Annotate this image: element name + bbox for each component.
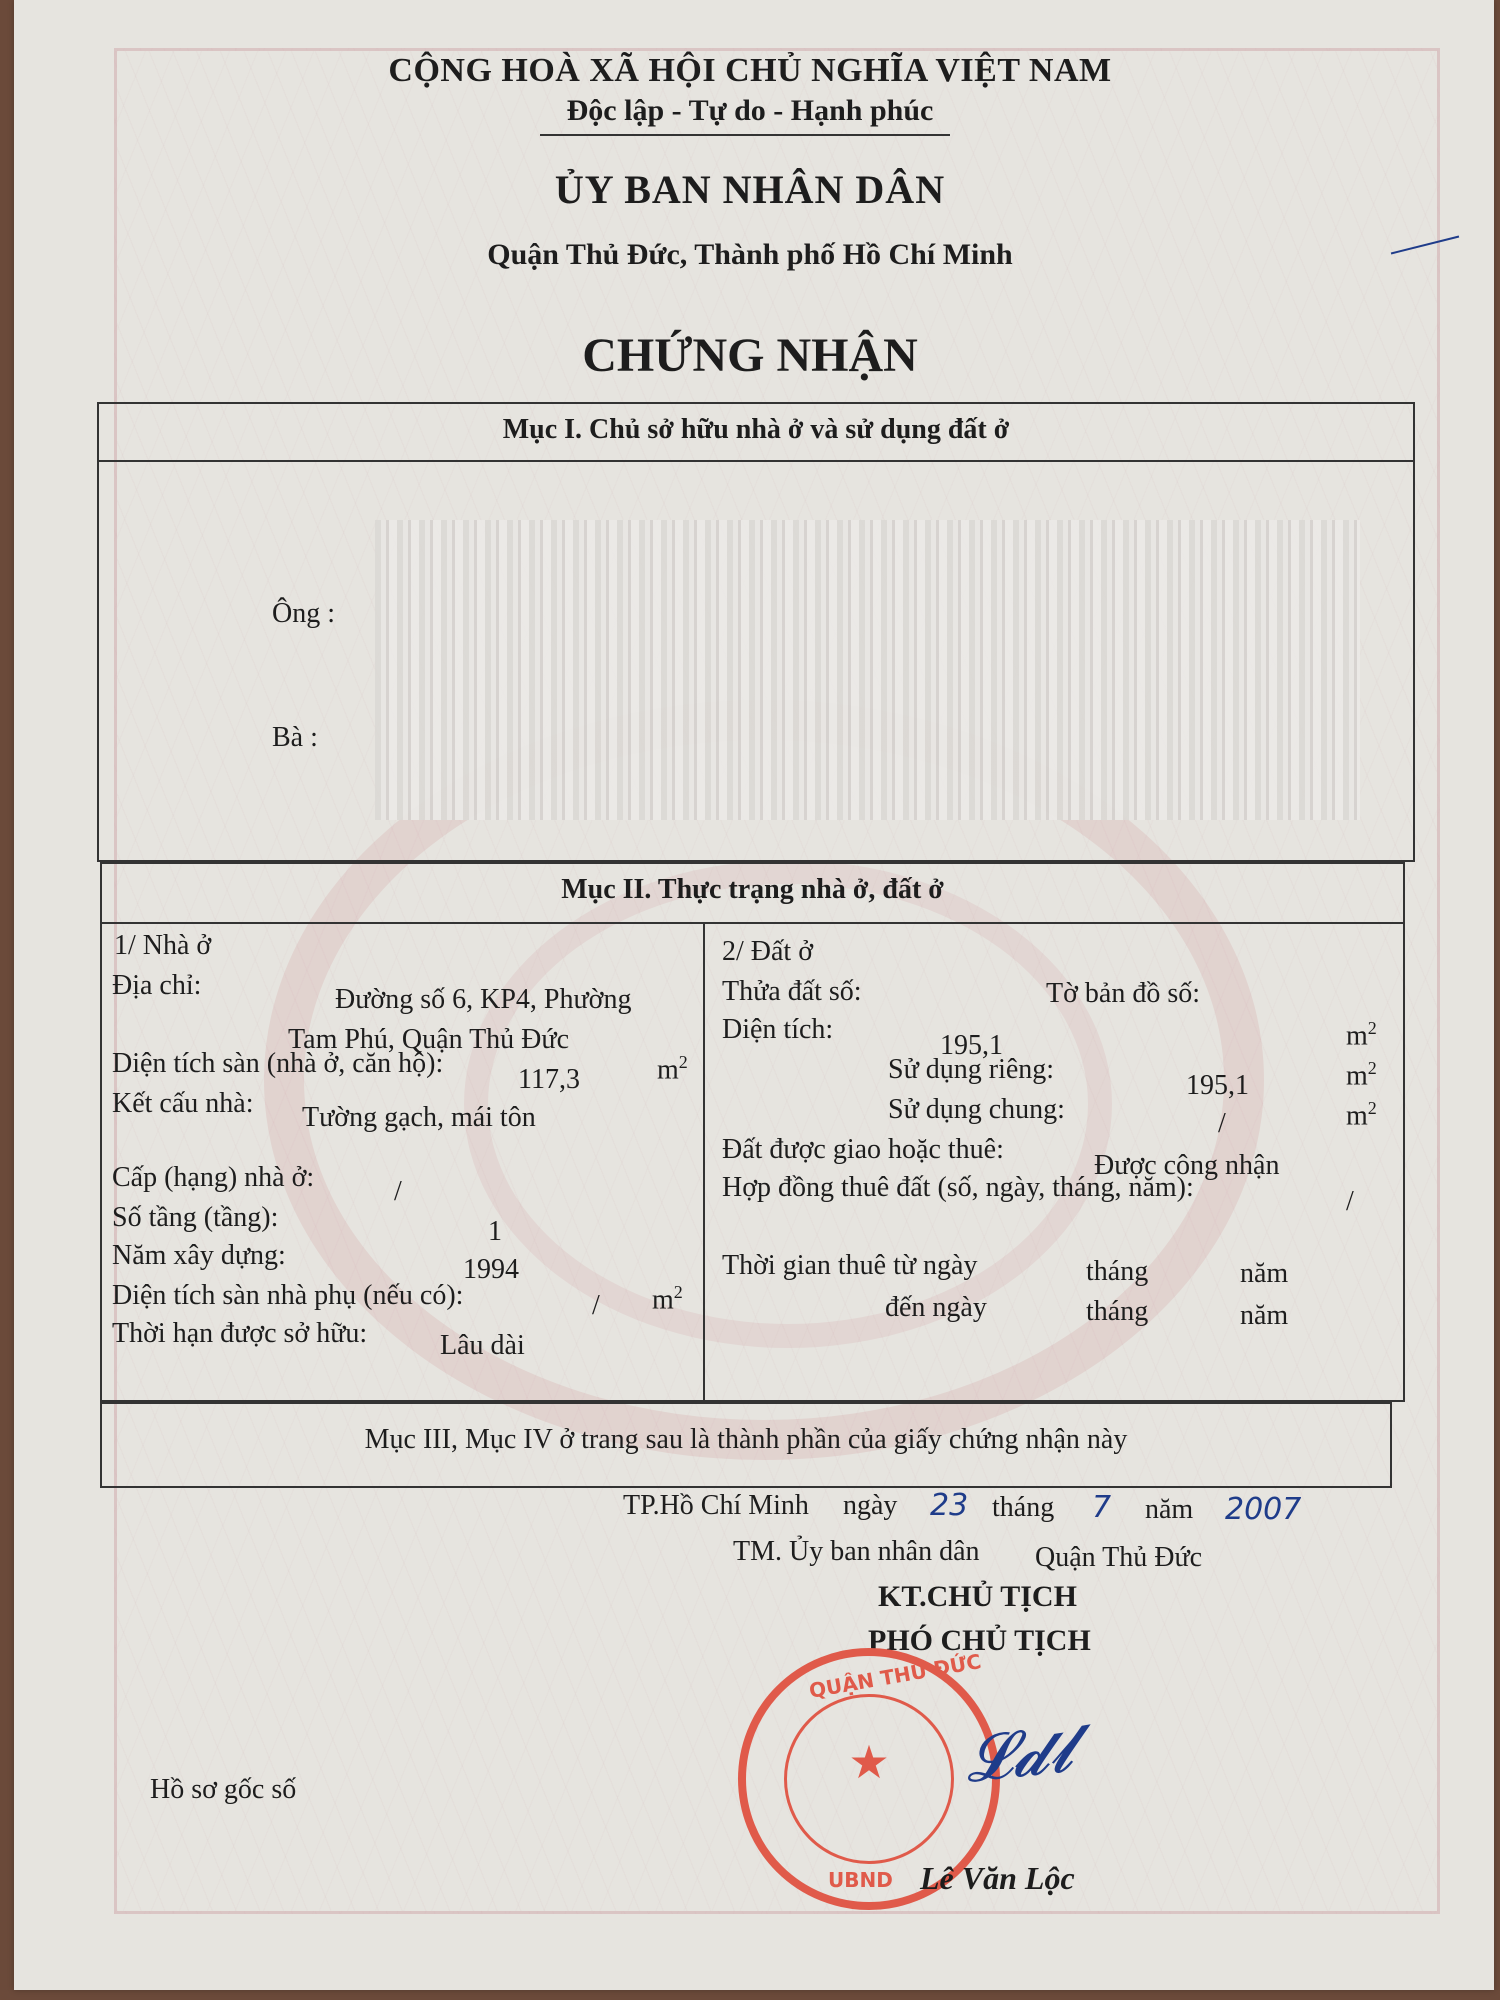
signer-role-1: KT.CHỦ TỊCH: [878, 1580, 1077, 1614]
map-sheet-label: Tờ bản đồ số:: [1046, 978, 1200, 1010]
structure-value: Tường gạch, mái tôn: [302, 1102, 536, 1134]
motto-underline: [540, 134, 950, 136]
lease-from-year-label: năm: [1240, 1258, 1288, 1290]
day-label: ngày: [843, 1490, 897, 1522]
signer-name: Lê Văn Lộc: [920, 1860, 1075, 1897]
owner-female-label: Bà :: [272, 722, 318, 754]
shared-use-unit: m2: [1346, 1098, 1377, 1132]
lease-to-month-label: tháng: [1086, 1296, 1148, 1328]
year-built-value: 1994: [463, 1254, 519, 1286]
private-use-label: Sử dụng riêng:: [888, 1054, 1054, 1086]
floor-area-value: 117,3: [518, 1064, 580, 1096]
issuing-location: Quận Thủ Đức, Thành phố Hồ Chí Minh: [0, 238, 1500, 272]
section1-title: Mục I. Chủ sở hữu nhà ở và sử dụng đất ở: [97, 414, 1415, 446]
grade-label: Cấp (hạng) nhà ở:: [112, 1162, 314, 1194]
ownership-term-value: Lâu dài: [440, 1330, 525, 1362]
aux-area-unit: m2: [652, 1282, 683, 1316]
signing-year: 2007: [1225, 1492, 1301, 1527]
issuing-organization: ỦY BAN NHÂN DÂN: [0, 166, 1500, 213]
year-label: năm: [1145, 1494, 1193, 1526]
land-area-label: Diện tích:: [722, 1014, 833, 1046]
private-use-value: 195,1: [1186, 1070, 1249, 1102]
month-label: tháng: [992, 1492, 1054, 1524]
archive-number-label: Hồ sơ gốc số: [150, 1774, 296, 1806]
owner-male-label: Ông :: [272, 598, 335, 630]
aux-area-value: /: [592, 1290, 600, 1322]
shared-use-label: Sử dụng chung:: [888, 1094, 1065, 1126]
lease-contract-label: Hợp đồng thuê đất (số, ngày, tháng, năm)…: [722, 1172, 1194, 1204]
section1-divider: [97, 460, 1415, 462]
grade-value: /: [394, 1176, 402, 1208]
parcel-label: Thửa đất số:: [722, 976, 862, 1008]
lease-to-label: đến ngày: [885, 1292, 987, 1324]
stamp-emblem: ★: [784, 1694, 954, 1864]
lease-to-year-label: năm: [1240, 1300, 1288, 1332]
handwritten-signature: 𝓛𝓭𝓵: [961, 1713, 1076, 1798]
section2-divider: [100, 922, 1405, 924]
floor-area-label: Diện tích sàn (nhà ở, căn hộ):: [112, 1048, 443, 1080]
lease-contract-value: /: [1346, 1186, 1354, 1218]
district-name: Quận Thủ Đức: [1035, 1542, 1202, 1574]
signing-place: TP.Hồ Chí Minh: [623, 1490, 809, 1522]
star-icon: ★: [787, 1735, 951, 1789]
land-heading: 2/ Đất ở: [722, 936, 813, 968]
house-heading: 1/ Nhà ở: [114, 930, 211, 962]
address-line1: Đường số 6, KP4, Phường: [335, 984, 631, 1016]
document-title: CHỨNG NHẬN: [0, 328, 1500, 383]
allocation-label: Đất được giao hoặc thuê:: [722, 1134, 1004, 1166]
lease-from-month-label: tháng: [1086, 1256, 1148, 1288]
aux-area-label: Diện tích sàn nhà phụ (nếu có):: [112, 1280, 463, 1312]
shared-use-value: /: [1218, 1108, 1226, 1140]
stamp-bottom-text: UBND: [828, 1868, 893, 1892]
lease-from-label: Thời gian thuê từ ngày: [722, 1250, 978, 1282]
floors-value: 1: [488, 1216, 502, 1248]
private-use-unit: m2: [1346, 1058, 1377, 1092]
redacted-owner-names: [375, 520, 1360, 820]
section2-title: Mục II. Thực trạng nhà ở, đất ở: [100, 874, 1405, 906]
floor-area-unit: m2: [657, 1052, 688, 1086]
land-area-unit: m2: [1346, 1018, 1377, 1052]
country-name: CỘNG HOÀ XÃ HỘI CHỦ NGHĨA VIỆT NAM: [0, 52, 1500, 90]
ownership-term-label: Thời hạn được sở hữu:: [112, 1318, 367, 1350]
address-label: Địa chỉ:: [112, 970, 201, 1002]
footer-note: Mục III, Mục IV ở trang sau là thành phầ…: [100, 1424, 1392, 1456]
section2-column-divider: [703, 922, 705, 1402]
floors-label: Số tầng (tầng):: [112, 1202, 278, 1234]
on-behalf-of: TM. Ủy ban nhân dân: [733, 1536, 980, 1568]
signing-month: 7: [1092, 1490, 1111, 1525]
signing-day: 23: [930, 1488, 968, 1523]
structure-label: Kết cấu nhà:: [112, 1088, 254, 1120]
year-built-label: Năm xây dựng:: [112, 1240, 286, 1272]
stamp-top-text: QUẬN THỦ ĐỨC: [807, 1649, 983, 1703]
national-motto: Độc lập - Tự do - Hạnh phúc: [0, 94, 1500, 128]
